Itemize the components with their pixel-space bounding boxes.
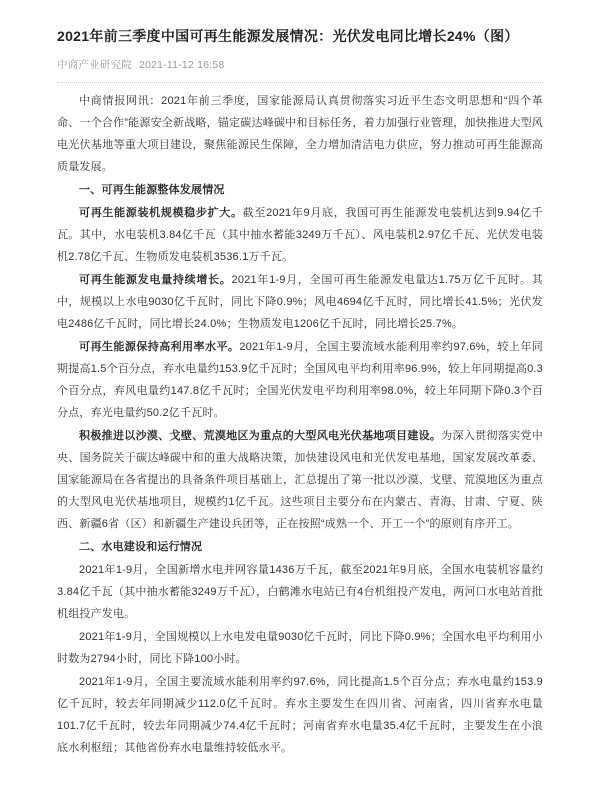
article-source: 中商产业研究院 [57, 59, 132, 71]
paragraph: 可再生能源发电量持续增长。2021年1-9月，全国可再生能源发电量达1.75万亿… [57, 269, 543, 335]
paragraph-text: 为深入贯彻落实党中央、国务院关于碳达峰碳中和的重大战略决策，加快建设风电和光伏发… [57, 430, 543, 530]
divider [57, 82, 543, 83]
paragraph-text: 中商情报网讯：2021年前三季度，国家能源局认真贯彻落实习近平生态文明思想和“四… [57, 95, 543, 173]
paragraph: 2021年1-9月，全国主要流域水能利用率约97.6%，同比提高1.5个百分点；… [57, 671, 543, 759]
paragraph: 2021年1-9月，全国新增水电并网容量1436万千瓦，截至2021年9月底，全… [57, 559, 543, 625]
section-heading: 二、水电建设和运行情况 [57, 536, 543, 558]
paragraph-text: 2021年1-9月，全国规模以上水电发电量9030亿千瓦时，同比下降0.9%；全… [57, 631, 543, 665]
article-meta: 中商产业研究院 2021-11-12 16:58 [57, 57, 543, 72]
article-date: 2021-11-12 16:58 [139, 59, 224, 71]
paragraph-lead: 可再生能源发电量持续增长。 [79, 274, 232, 286]
paragraph: 中商情报网讯：2021年前三季度，国家能源局认真贯彻落实习近平生态文明思想和“四… [57, 90, 543, 178]
article-page: 2021年前三季度中国可再生能源发展情况：光伏发电同比增长24%（图） 中商产业… [0, 0, 600, 800]
paragraph: 积极推进以沙漠、戈壁、荒漠地区为重点的大型风电光伏基地项目建设。为深入贯彻落实党… [57, 425, 543, 535]
paragraph: 2021年1-9月，全国规模以上水电发电量9030亿千瓦时，同比下降0.9%；全… [57, 626, 543, 670]
paragraph-lead: 可再生能源装机规模稳步扩大。 [79, 207, 243, 219]
paragraph-lead: 积极推进以沙漠、戈壁、荒漠地区为重点的大型风电光伏基地项目建设。 [79, 430, 441, 442]
section-heading: 一、可再生能源整体发展情况 [57, 179, 543, 201]
article-title: 2021年前三季度中国可再生能源发展情况：光伏发电同比增长24%（图） [57, 26, 543, 46]
article-body: 中商情报网讯：2021年前三季度，国家能源局认真贯彻落实习近平生态文明思想和“四… [57, 90, 543, 759]
paragraph-lead: 可再生能源保持高利用率水平。 [79, 341, 239, 353]
paragraph: 可再生能源装机规模稳步扩大。截至2021年9月底，我国可再生能源发电装机达到9.… [57, 202, 543, 268]
paragraph: 可再生能源保持高利用率水平。2021年1-9月，全国主要流域水能利用率约97.6… [57, 336, 543, 424]
paragraph-text: 2021年1-9月，全国主要流域水能利用率约97.6%，同比提高1.5个百分点；… [57, 676, 543, 754]
paragraph-text: 2021年1-9月，全国新增水电并网容量1436万千瓦，截至2021年9月底，全… [57, 564, 543, 620]
